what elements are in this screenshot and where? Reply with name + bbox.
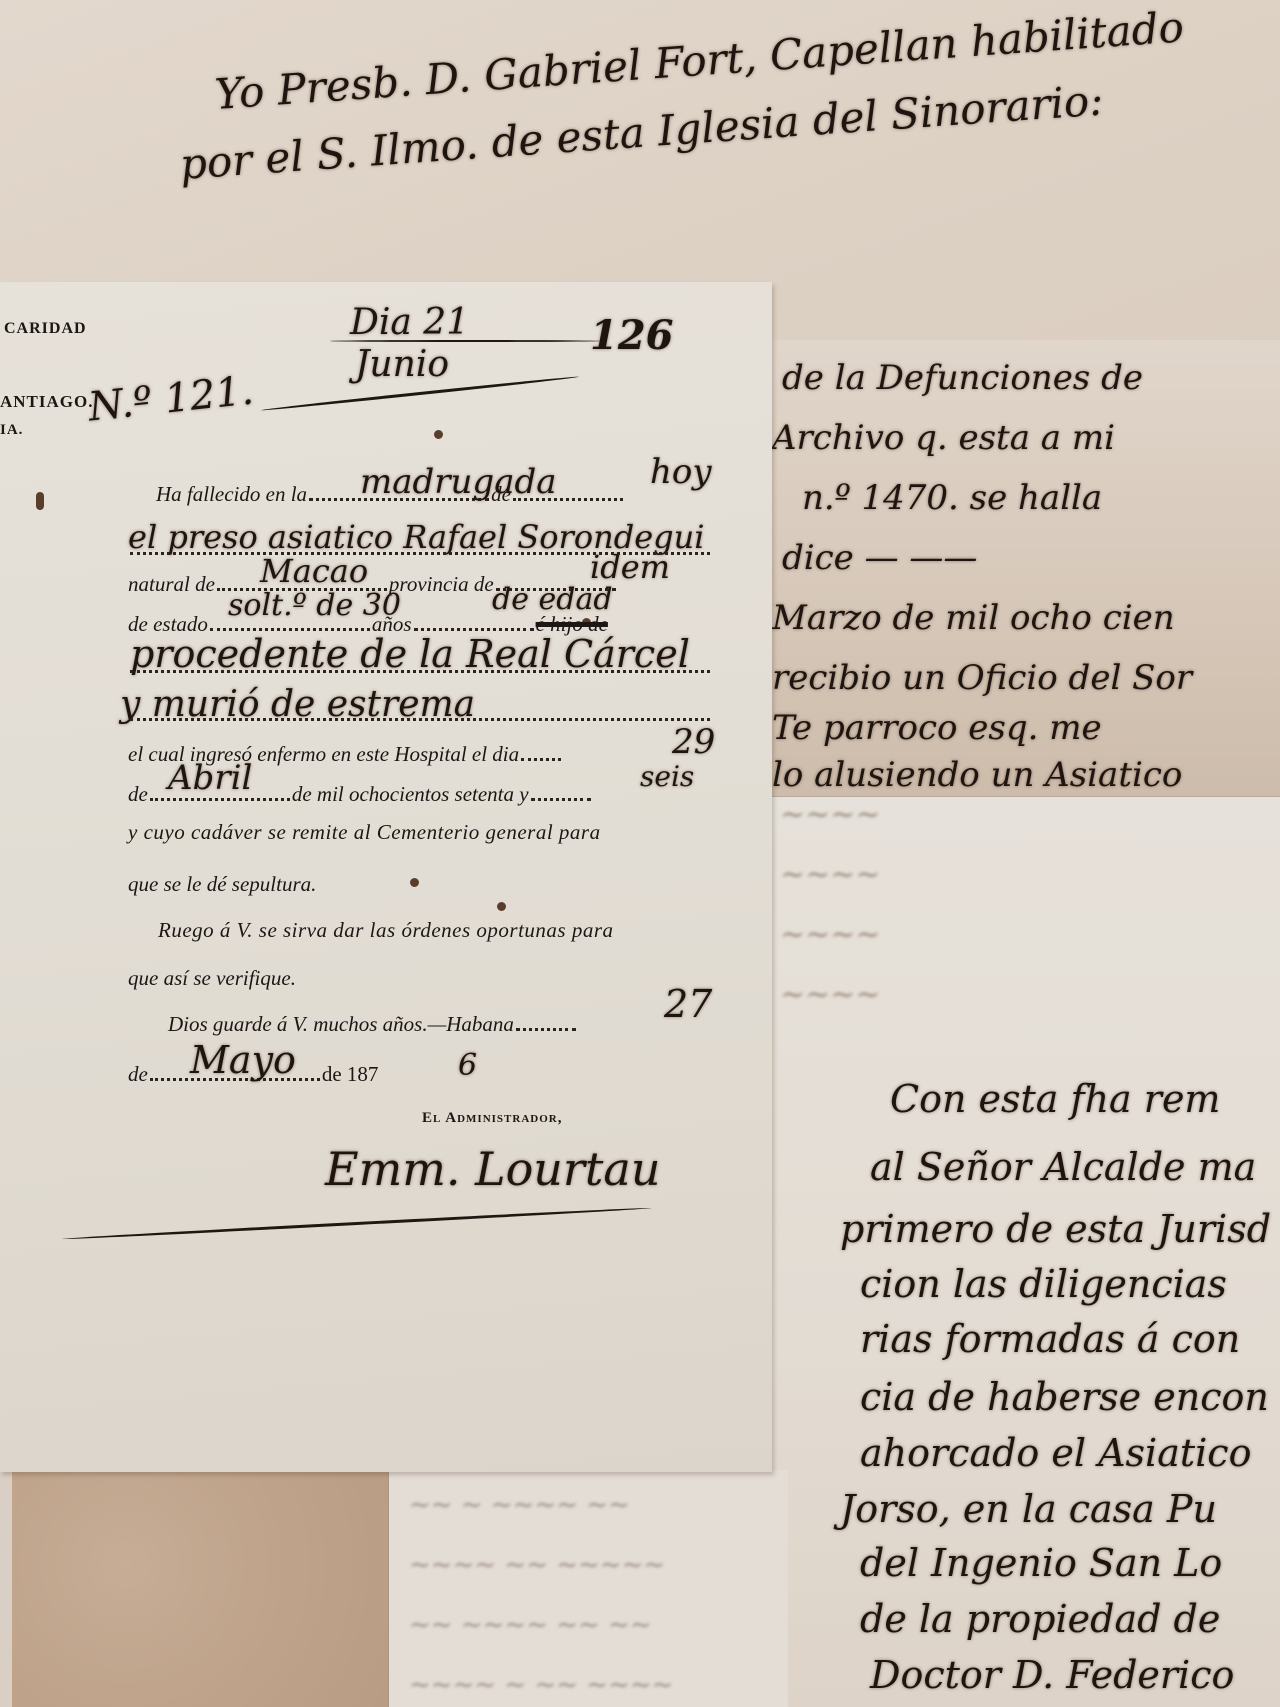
- right-mid-line-5: Marzo de mil ocho cien: [772, 598, 1175, 638]
- right-mid-line-1: de la Defunciones de: [782, 358, 1143, 398]
- ingreso-month: Abril: [168, 758, 252, 798]
- right-mid-line-7: Te parroco esq. me: [772, 708, 1102, 748]
- right-low-line-11: Doctor D. Federico: [870, 1653, 1234, 1697]
- date-note-day: Dia 21: [350, 302, 469, 343]
- verifique-text: que así se verifique.: [128, 966, 296, 991]
- natural-label: natural de: [128, 572, 215, 596]
- right-low-line-8: Jorso, en la casa Pu: [840, 1487, 1217, 1531]
- ghost-line: ~~~~: [780, 857, 881, 892]
- right-mid-line-8: lo alusiendo un Asiatico: [772, 755, 1182, 795]
- ghost-line: ~~~~: [780, 917, 881, 952]
- right-mid-line-2: Archivo q. esta a mi: [772, 418, 1115, 458]
- administrator-signature: Emm. Lourtau: [325, 1142, 660, 1196]
- form-number: N.º 121.: [86, 367, 256, 430]
- punch-hole: [434, 430, 443, 439]
- signature-flourish: [62, 1207, 651, 1241]
- right-low-line-5: rias formadas á con: [860, 1317, 1240, 1361]
- fecha-day: 27: [664, 982, 712, 1026]
- administrador-label: El Administrador,: [422, 1110, 562, 1127]
- bottom-left-stained-sheet: [12, 1470, 388, 1707]
- ingreso-day: 29: [672, 722, 715, 762]
- fallecido-value: madrugada: [360, 462, 557, 502]
- ghost-line: ~~~~ ~ ~~ ~~~~: [409, 1670, 673, 1700]
- right-low-line-9: del Ingenio San Lo: [860, 1541, 1222, 1585]
- date-note-month: Junio: [355, 344, 449, 385]
- estado-value: solt.º de 30: [228, 588, 401, 623]
- punch-hole: [36, 492, 44, 510]
- provincia-label: provincia de: [389, 572, 494, 596]
- fecha-year-digit: 6: [458, 1048, 477, 1083]
- right-low-line-7: ahorcado el Asiatico: [860, 1431, 1251, 1475]
- date-note-underline: [330, 340, 600, 342]
- ghost-line: ~~~~ ~~ ~~~~~: [409, 1550, 665, 1580]
- form-header-ia: IA.: [0, 422, 23, 439]
- de3-label: de: [128, 1062, 148, 1086]
- form-header-santiago: ANTIAGO.: [0, 392, 93, 412]
- punch-hole: [497, 902, 506, 911]
- right-mid-line-6: recibio un Oficio del Sor: [772, 658, 1192, 698]
- bottom-middle-ghost-sheet: ~~ ~ ~~~~ ~~ ~~~~ ~~ ~~~~~ ~~ ~~~~ ~~ ~~…: [388, 1470, 788, 1707]
- provincia-value: idem: [590, 548, 670, 586]
- ghost-line: ~~ ~ ~~~~ ~~: [409, 1490, 630, 1520]
- natural-value: Macao: [260, 552, 368, 590]
- de-value: hoy: [650, 452, 712, 492]
- sepultura-text: que se le dé sepultura.: [128, 872, 316, 897]
- ruego-text: Ruego á V. se sirva dar las órdenes opor…: [158, 918, 614, 943]
- death-notice-form: CARIDAD ANTIAGO. IA. N.º 121. Dia 21 Jun…: [0, 282, 772, 1472]
- right-middle-letter-sheet: de la Defunciones de Archivo q. esta a m…: [760, 340, 1280, 800]
- murio-dots: [128, 702, 712, 727]
- ghost-line: ~~~~: [780, 797, 881, 832]
- procedente-dots: [128, 654, 712, 679]
- dios-text: Dios guarde á V. muchos años.—Habana: [168, 1012, 514, 1036]
- right-low-line-2: al Señor Alcalde ma: [870, 1145, 1256, 1189]
- right-low-line-6: cia de haberse encon: [860, 1375, 1269, 1419]
- right-lower-letter-sheet: ~~~~ ~~~~ ~~~~ ~~~~ Con esta fha rem al …: [770, 796, 1280, 1707]
- ghost-line: ~~ ~~~~ ~~ ~~: [409, 1610, 652, 1640]
- cadaver-text: y cuyo cadáver se remite al Cementerio g…: [128, 820, 601, 845]
- fecha-year-prefix: de 187: [322, 1062, 379, 1086]
- fallecido-prefix: Ha fallecido en la: [156, 482, 307, 506]
- right-low-line-1: Con esta fha rem: [890, 1077, 1220, 1121]
- right-mid-line-3: n.º 1470. se halla: [802, 478, 1102, 518]
- dios-line: Dios guarde á V. muchos años.—Habana: [168, 1012, 578, 1037]
- de2-label: de: [128, 782, 148, 806]
- ingreso-year-value: seis: [640, 760, 694, 793]
- ingreso-year-text: de mil ochocientos setenta y: [292, 782, 529, 806]
- edad-value: de edad: [492, 582, 613, 617]
- right-low-line-3: primero de esta Jurisd: [840, 1207, 1271, 1251]
- fecha-month: Mayo: [190, 1038, 296, 1082]
- right-low-line-10: de la propiedad de: [860, 1597, 1220, 1641]
- punch-hole: [410, 878, 419, 887]
- form-header-caridad: CARIDAD: [4, 320, 87, 338]
- right-low-line-4: cion las diligencias: [860, 1262, 1227, 1306]
- date-note-value: 126: [590, 312, 674, 359]
- ghost-line: ~~~~: [780, 977, 881, 1012]
- right-mid-line-4: dice — ——: [782, 538, 977, 578]
